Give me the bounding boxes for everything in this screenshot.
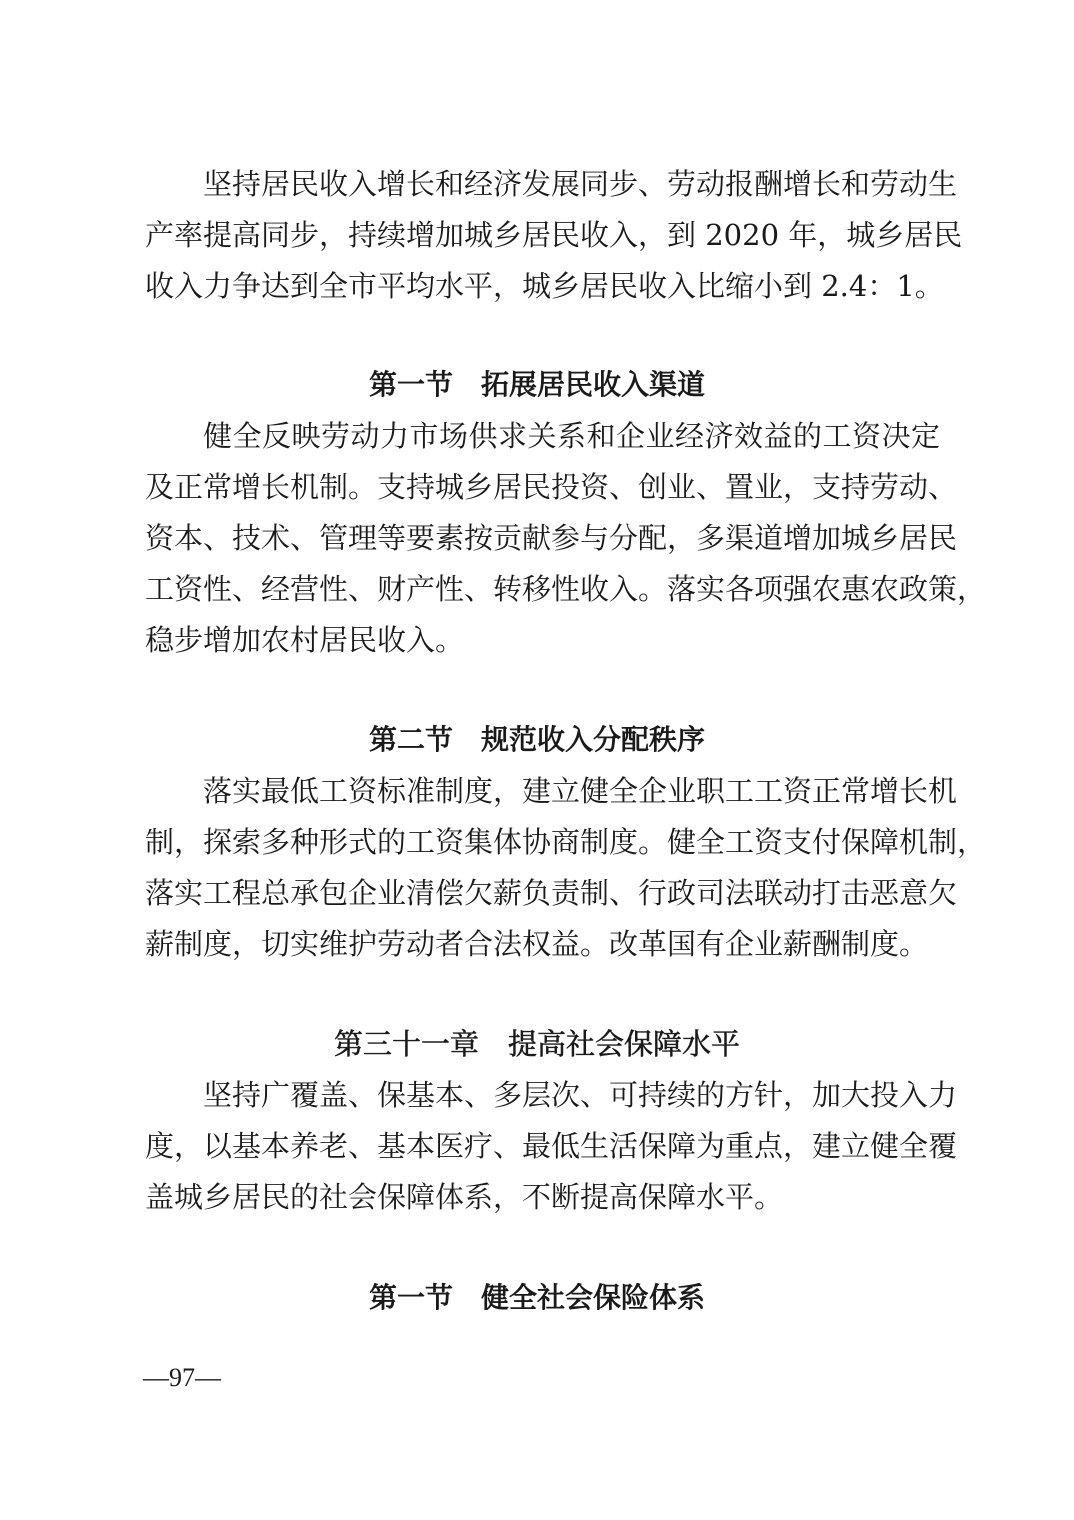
document-page: 坚持居民收入增长和经济发展同步、劳动报酬增长和劳动生 产率提高同步，持续增加城乡… (0, 0, 1074, 1520)
page-number: —97— (143, 1362, 221, 1394)
paragraph-line: 稳步增加农村居民收入。 (145, 620, 940, 660)
paragraph-line: 产率提高同步，持续增加城乡居民收入，到 2020 年，城乡居民 (145, 215, 940, 255)
paragraph-line: 盖城乡居民的社会保障体系，不断提高保障水平。 (145, 1177, 940, 1217)
paragraph-line: 资本、技术、管理等要素按贡献参与分配，多渠道增加城乡居民 (145, 518, 940, 558)
paragraph-line: 落实最低工资标准制度，建立健全企业职工工资正常增长机 (203, 771, 940, 811)
section-heading-expand-income-channels: 第一节 拓展居民收入渠道 (0, 365, 1074, 405)
chapter-heading-social-security: 第三十一章 提高社会保障水平 (0, 1024, 1074, 1064)
paragraph-line: 薪制度，切实维护劳动者合法权益。改革国有企业薪酬制度。 (145, 924, 940, 964)
paragraph-line: 坚持居民收入增长和经济发展同步、劳动报酬增长和劳动生 (203, 164, 940, 204)
paragraph-line: 度，以基本养老、基本医疗、最低生活保障为重点，建立健全覆 (145, 1126, 940, 1166)
paragraph-line: 落实工程总承包企业清偿欠薪负责制、行政司法联动打击恶意欠 (145, 873, 940, 913)
paragraph-line: 及正常增长机制。支持城乡居民投资、创业、置业，支持劳动、 (145, 467, 940, 507)
paragraph-line: 工资性、经营性、财产性、转移性收入。落实各项强农惠农政策， (145, 569, 940, 609)
paragraph-line: 健全反映劳动力市场供求关系和企业经济效益的工资决定 (203, 416, 940, 456)
section-heading-regulate-income-distribution: 第二节 规范收入分配秩序 (0, 720, 1074, 760)
paragraph-line: 收入力争达到全市平均水平，城乡居民收入比缩小到 2.4：1。 (145, 266, 940, 306)
paragraph-line: 制，探索多种形式的工资集体协商制度。健全工资支付保障机制， (145, 822, 940, 862)
section-heading-social-insurance-system: 第一节 健全社会保险体系 (0, 1278, 1074, 1318)
paragraph-line: 坚持广覆盖、保基本、多层次、可持续的方针，加大投入力 (203, 1075, 940, 1115)
